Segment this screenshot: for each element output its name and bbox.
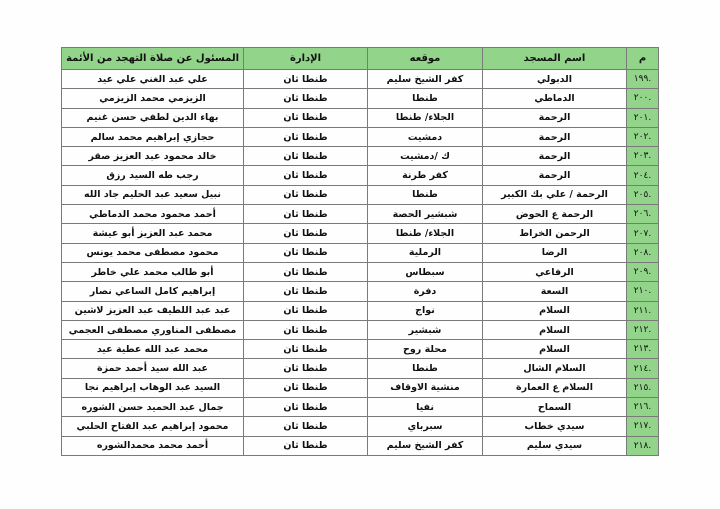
table-row: .٢١٦السماحنفياطنطا ثانجمال عبد الحميد حس… bbox=[62, 398, 659, 417]
mosque-name-cell: الرحمة bbox=[483, 166, 627, 185]
location-cell: سبرباي bbox=[368, 417, 483, 436]
responsible-person-cell: رجب طه السيد رزق bbox=[62, 166, 244, 185]
table-row: .٢٠٩الرفاعيسبطاسطنطا ثانأبو طالب محمد عل… bbox=[62, 262, 659, 281]
header-administration: الإدارة bbox=[244, 48, 368, 70]
row-number-cell: .٢١٢ bbox=[627, 320, 659, 339]
document-page: م اسم المسجد موقعه الإدارة المسئول عن صل… bbox=[0, 0, 720, 509]
administration-cell: طنطا ثان bbox=[244, 127, 368, 146]
table-row: .٢٠٨الرضاالرمليةطنطا ثانمحمود مصطفى محمد… bbox=[62, 243, 659, 262]
header-mosque-name: اسم المسجد bbox=[483, 48, 627, 70]
header-location: موقعه bbox=[368, 48, 483, 70]
administration-cell: طنطا ثان bbox=[244, 205, 368, 224]
row-number-cell: .٢١٨ bbox=[627, 436, 659, 455]
mosque-name-cell: الدبولي bbox=[483, 70, 627, 89]
row-number-cell: .٢٠٦ bbox=[627, 205, 659, 224]
responsible-person-cell: محمد عبد الله عطية عيد bbox=[62, 340, 244, 359]
table-row: .٢١٧سيدي خطابسبربايطنطا ثانمحمود إبراهيم… bbox=[62, 417, 659, 436]
responsible-person-cell: عبد عبد اللطيف عبد العزيز لاشين bbox=[62, 301, 244, 320]
administration-cell: طنطا ثان bbox=[244, 378, 368, 397]
table-row: .٢٠٥الرحمة / علي بك الكبيرطنطاطنطا ثاننب… bbox=[62, 185, 659, 204]
table-row: .٢٠٣الرحمةك /دمشيتطنطا ثانخالد محمود عبد… bbox=[62, 147, 659, 166]
location-cell: دفرة bbox=[368, 282, 483, 301]
administration-cell: طنطا ثان bbox=[244, 243, 368, 262]
row-number-cell: .٢٠٩ bbox=[627, 262, 659, 281]
table-row: .٢٠٦الرحمة ع الحوضشبشير الحصةطنطا ثانأحم… bbox=[62, 205, 659, 224]
row-number-cell: .٢١٦ bbox=[627, 398, 659, 417]
row-number-cell: .٢١٤ bbox=[627, 359, 659, 378]
mosque-name-cell: الرحمة bbox=[483, 108, 627, 127]
mosque-name-cell: السلام الشال bbox=[483, 359, 627, 378]
location-cell: الجلاء/ طنطا bbox=[368, 108, 483, 127]
mosque-name-cell: الرفاعي bbox=[483, 262, 627, 281]
mosque-name-cell: السعة bbox=[483, 282, 627, 301]
location-cell: كفر الشيخ سليم bbox=[368, 436, 483, 455]
mosque-name-cell: السلام ع العمارة bbox=[483, 378, 627, 397]
mosque-name-cell: الرحمة bbox=[483, 127, 627, 146]
location-cell: طنطا bbox=[368, 359, 483, 378]
row-number-cell: .٢١٧ bbox=[627, 417, 659, 436]
administration-cell: طنطا ثان bbox=[244, 108, 368, 127]
administration-cell: طنطا ثان bbox=[244, 340, 368, 359]
administration-cell: طنطا ثان bbox=[244, 398, 368, 417]
administration-cell: طنطا ثان bbox=[244, 262, 368, 281]
row-number-cell: .٢٠١ bbox=[627, 108, 659, 127]
administration-cell: طنطا ثان bbox=[244, 417, 368, 436]
mosque-name-cell: السلام bbox=[483, 301, 627, 320]
responsible-person-cell: محمود مصطفى محمد يونس bbox=[62, 243, 244, 262]
table-row: .٢١٥السلام ع العمارةمنشية الاوقافطنطا ثا… bbox=[62, 378, 659, 397]
mosque-name-cell: السماح bbox=[483, 398, 627, 417]
mosque-name-cell: الدماطي bbox=[483, 89, 627, 108]
table-header-row: م اسم المسجد موقعه الإدارة المسئول عن صل… bbox=[62, 48, 659, 70]
location-cell: شبشير bbox=[368, 320, 483, 339]
administration-cell: طنطا ثان bbox=[244, 70, 368, 89]
location-cell: دمشيت bbox=[368, 127, 483, 146]
row-number-cell: .١٩٩ bbox=[627, 70, 659, 89]
mosque-name-cell: السلام bbox=[483, 340, 627, 359]
mosque-name-cell: الرضا bbox=[483, 243, 627, 262]
location-cell: طنطا bbox=[368, 89, 483, 108]
responsible-person-cell: إبراهيم كامل الساعي نصار bbox=[62, 282, 244, 301]
row-number-cell: .٢٠٣ bbox=[627, 147, 659, 166]
table-row: .٢١١السلامنواجطنطا ثانعبد عبد اللطيف عبد… bbox=[62, 301, 659, 320]
table-row: .٢١٢السلامشبشيرطنطا ثانمصطفى المناوري مص… bbox=[62, 320, 659, 339]
responsible-person-cell: السيد عبد الوهاب إبراهيم نجا bbox=[62, 378, 244, 397]
responsible-person-cell: محمود إبراهيم عبد الفتاح الحلبي bbox=[62, 417, 244, 436]
table-row: .٢٠٠الدماطيطنطاطنطا ثانالزيزمي محمد الزي… bbox=[62, 89, 659, 108]
header-responsible: المسئول عن صلاة التهجد من الأئمة والخطبا… bbox=[62, 48, 244, 70]
mosque-name-cell: الرحمة bbox=[483, 147, 627, 166]
responsible-person-cell: بهاء الدين لطفي حسن غنيم bbox=[62, 108, 244, 127]
responsible-person-cell: أبو طالب محمد علي خاطر bbox=[62, 262, 244, 281]
location-cell: نواج bbox=[368, 301, 483, 320]
mosque-name-cell: الرحمة / علي بك الكبير bbox=[483, 185, 627, 204]
responsible-person-cell: حجازي إبراهيم محمد سالم bbox=[62, 127, 244, 146]
table-row: .٢٠١الرحمةالجلاء/ طنطاطنطا ثانبهاء الدين… bbox=[62, 108, 659, 127]
row-number-cell: .٢٠٢ bbox=[627, 127, 659, 146]
row-number-cell: .٢٠٧ bbox=[627, 224, 659, 243]
table-row: .٢٠٢الرحمةدمشيتطنطا ثانحجازي إبراهيم محم… bbox=[62, 127, 659, 146]
administration-cell: طنطا ثان bbox=[244, 166, 368, 185]
responsible-person-cell: عبد الله سيد أحمد حمزة bbox=[62, 359, 244, 378]
location-cell: الرملية bbox=[368, 243, 483, 262]
responsible-person-cell: محمد عبد العزيز أبو عيشة bbox=[62, 224, 244, 243]
row-number-cell: .٢١٣ bbox=[627, 340, 659, 359]
location-cell: شبشير الحصة bbox=[368, 205, 483, 224]
administration-cell: طنطا ثان bbox=[244, 436, 368, 455]
row-number-cell: .٢٠٨ bbox=[627, 243, 659, 262]
table-row: .٢٠٧الرحمن الخراطالجلاء/ طنطاطنطا ثانمحم… bbox=[62, 224, 659, 243]
row-number-cell: .٢١٠ bbox=[627, 282, 659, 301]
location-cell: الجلاء/ طنطا bbox=[368, 224, 483, 243]
location-cell: محلة روح bbox=[368, 340, 483, 359]
location-cell: كفر طرنة bbox=[368, 166, 483, 185]
table-body: .١٩٩الدبوليكفر الشيخ سليمطنطا ثانعلي عبد… bbox=[62, 70, 659, 456]
location-cell: سبطاس bbox=[368, 262, 483, 281]
responsible-person-cell: الزيزمي محمد الزيزمي bbox=[62, 89, 244, 108]
responsible-person-cell: أحمد محمود محمد الدماطي bbox=[62, 205, 244, 224]
administration-cell: طنطا ثان bbox=[244, 89, 368, 108]
location-cell: كفر الشيخ سليم bbox=[368, 70, 483, 89]
mosque-name-cell: السلام bbox=[483, 320, 627, 339]
table-row: .٢١٨سيدي سليمكفر الشيخ سليمطنطا ثانأحمد … bbox=[62, 436, 659, 455]
table-row: .٢١٤السلام الشالطنطاطنطا ثانعبد الله سيد… bbox=[62, 359, 659, 378]
administration-cell: طنطا ثان bbox=[244, 320, 368, 339]
location-cell: ك /دمشيت bbox=[368, 147, 483, 166]
administration-cell: طنطا ثان bbox=[244, 282, 368, 301]
mosque-name-cell: الرحمن الخراط bbox=[483, 224, 627, 243]
responsible-person-cell: أحمد محمد محمدالشوره bbox=[62, 436, 244, 455]
location-cell: نفيا bbox=[368, 398, 483, 417]
row-number-cell: .٢١٥ bbox=[627, 378, 659, 397]
location-cell: طنطا bbox=[368, 185, 483, 204]
table-row: .٢١٠السعةدفرةطنطا ثانإبراهيم كامل الساعي… bbox=[62, 282, 659, 301]
header-num: م bbox=[627, 48, 659, 70]
row-number-cell: .٢١١ bbox=[627, 301, 659, 320]
mosque-name-cell: الرحمة ع الحوض bbox=[483, 205, 627, 224]
administration-cell: طنطا ثان bbox=[244, 301, 368, 320]
administration-cell: طنطا ثان bbox=[244, 359, 368, 378]
administration-cell: طنطا ثان bbox=[244, 224, 368, 243]
responsible-person-cell: خالد محمود عبد العزيز صقر bbox=[62, 147, 244, 166]
location-cell: منشية الاوقاف bbox=[368, 378, 483, 397]
table-row: .٢١٣السلاممحلة روحطنطا ثانمحمد عبد الله … bbox=[62, 340, 659, 359]
administration-cell: طنطا ثان bbox=[244, 147, 368, 166]
responsible-person-cell: نبيل سعيد عبد الحليم جاد الله bbox=[62, 185, 244, 204]
row-number-cell: .٢٠٠ bbox=[627, 89, 659, 108]
row-number-cell: .٢٠٤ bbox=[627, 166, 659, 185]
mosque-name-cell: سيدي سليم bbox=[483, 436, 627, 455]
administration-cell: طنطا ثان bbox=[244, 185, 368, 204]
row-number-cell: .٢٠٥ bbox=[627, 185, 659, 204]
responsible-person-cell: علي عبد الغني علي عيد bbox=[62, 70, 244, 89]
table-row: .٢٠٤الرحمةكفر طرنةطنطا ثانرجب طه السيد ر… bbox=[62, 166, 659, 185]
mosques-table: م اسم المسجد موقعه الإدارة المسئول عن صل… bbox=[61, 47, 659, 456]
responsible-person-cell: مصطفى المناوري مصطفى العجمي bbox=[62, 320, 244, 339]
table-row: .١٩٩الدبوليكفر الشيخ سليمطنطا ثانعلي عبد… bbox=[62, 70, 659, 89]
responsible-person-cell: جمال عبد الحميد حسن الشوره bbox=[62, 398, 244, 417]
mosque-name-cell: سيدي خطاب bbox=[483, 417, 627, 436]
